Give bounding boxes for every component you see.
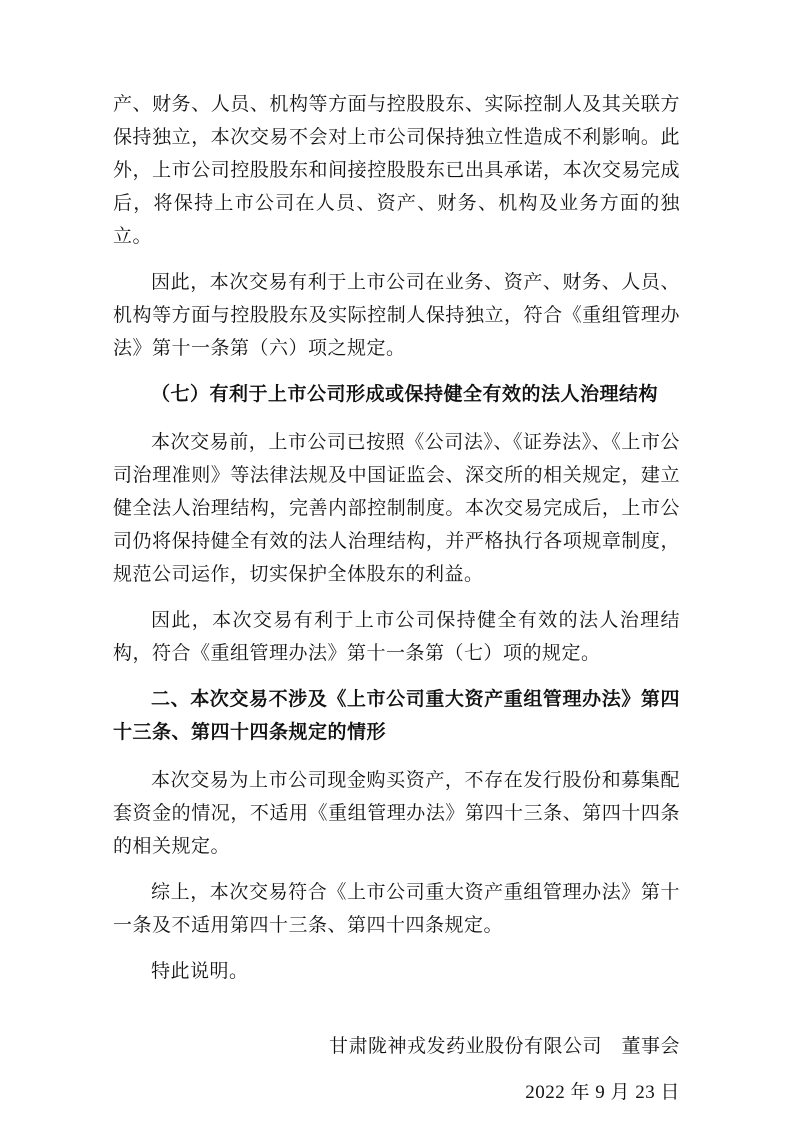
paragraph-hereby-statement: 特此说明。 [113,955,680,988]
paragraph-independence-conclusion: 因此，本次交易有利于上市公司在业务、资产、财务、人员、机构等方面与控股股东及实际… [113,266,680,365]
paragraph-overall-conclusion: 综上，本次交易符合《上市公司重大资产重组管理办法》第十一条及不适用第四十三条、第… [113,876,680,942]
signature-company-board: 甘肃陇神戎发药业股份有限公司 董事会 [113,1030,680,1063]
signature-block: 甘肃陇神戎发药业股份有限公司 董事会 2022 年 9 月 23 日 [113,1030,680,1109]
heading-section-two: 二、本次交易不涉及《上市公司重大资产重组管理办法》第四十三条、第四十四条规定的情… [113,683,680,749]
paragraph-cash-purchase: 本次交易为上市公司现金购买资产，不存在发行股份和募集配套资金的情况，不适用《重组… [113,764,680,863]
signature-date: 2022 年 9 月 23 日 [113,1076,680,1109]
paragraph-independence-continuation: 产、财务、人员、机构等方面与控股股东、实际控制人及其关联方保持独立，本次交易不会… [113,88,680,253]
paragraph-governance-structure: 本次交易前，上市公司已按照《公司法》、《证券法》、《上市公司治理准则》等法律法规… [113,426,680,591]
heading-item-seven: （七）有利于上市公司形成或保持健全有效的法人治理结构 [113,378,680,411]
document-page: 产、财务、人员、机构等方面与控股股东、实际控制人及其关联方保持独立，本次交易不会… [0,0,793,1122]
paragraph-governance-conclusion: 因此，本次交易有利于上市公司保持健全有效的法人治理结构，符合《重组管理办法》第十… [113,604,680,670]
